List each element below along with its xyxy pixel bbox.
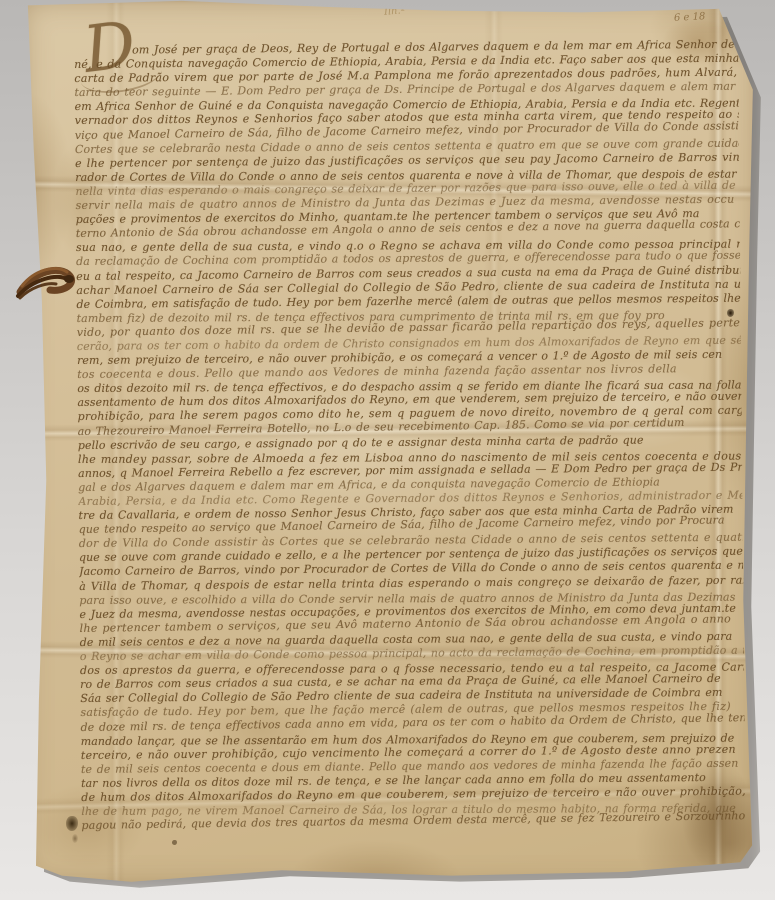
ink-speck-bottom [172,840,177,845]
manuscript-document: Ilh.º 6 e 18 D om José per graça de Deos… [22,0,758,888]
top-right-annotation: 6 e 18 [674,11,706,24]
text-line: mandado lançar, que se lhe assentarão em… [81,731,745,749]
text-line: para isso ouve, e escolhido a villa do C… [79,590,743,608]
ink-smudge-bottom-left [72,834,78,843]
document-text: om José per graça de Deos, Rey de Portug… [74,38,746,834]
photo-background: Ilh.º 6 e 18 D om José per graça de Deos… [0,0,775,900]
ink-blot-bottom-left [66,816,78,831]
top-center-annotation: Ilh.º [384,5,406,18]
binding-cord [12,252,82,310]
